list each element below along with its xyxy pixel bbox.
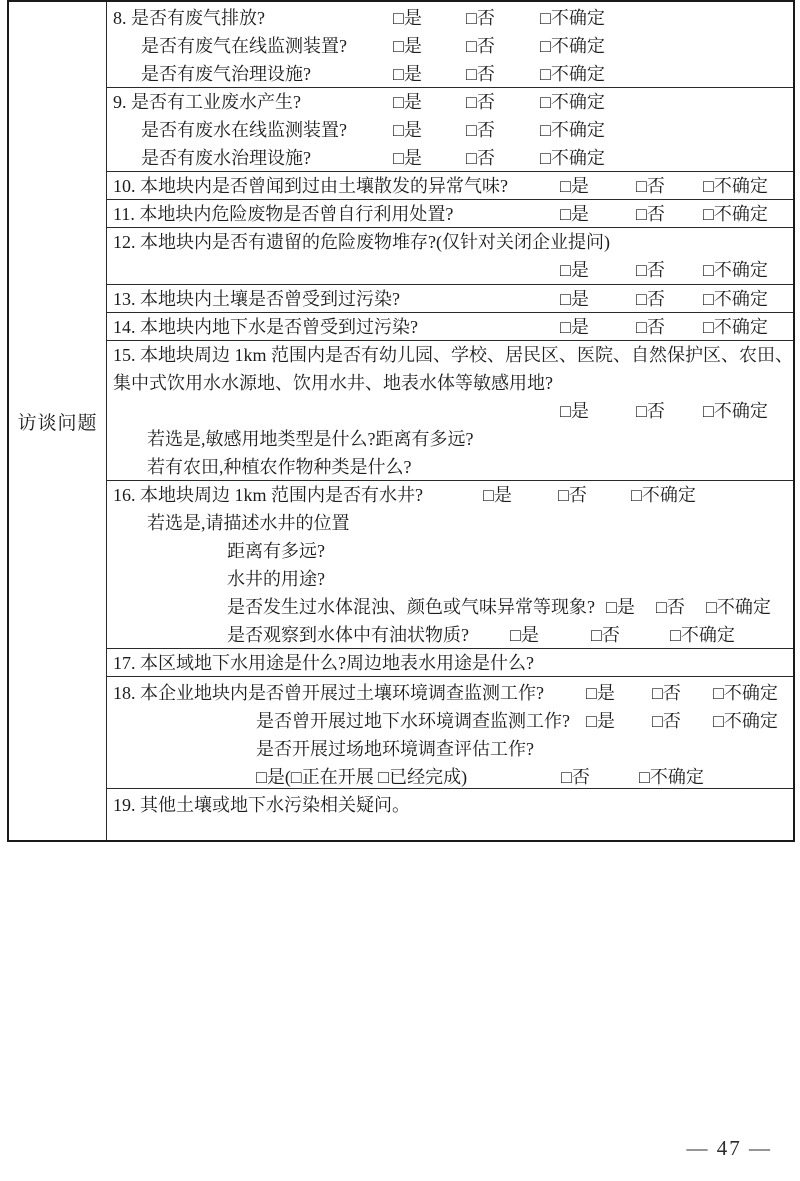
no-checkbox[interactable]: □否 (591, 621, 620, 649)
no-checkbox[interactable]: □否 (656, 593, 685, 621)
not-sure-checkbox[interactable]: □不确定 (703, 397, 768, 425)
no-checkbox[interactable]: □否 (636, 256, 665, 284)
yes-checkbox-group[interactable]: □是(□正在开展 □已经完成) (256, 767, 467, 787)
interview-questions-table: 访谈问题 8. 是否有废气排放? □是 □否 □不确定 是否有废气在线监测装置?… (7, 0, 795, 842)
no-checkbox[interactable]: □否 (466, 4, 495, 32)
question-text: 10. 本地块内是否曾闻到过由土壤散发的异常气味? (113, 176, 508, 196)
yes-checkbox[interactable]: □是 (560, 313, 589, 341)
not-sure-checkbox[interactable]: □不确定 (703, 256, 768, 284)
yes-checkbox[interactable]: □是 (560, 397, 589, 425)
not-sure-checkbox[interactable]: □不确定 (540, 60, 605, 88)
question-text: 15. 本地块周边 1km 范围内是否有幼儿园、学校、居民区、医院、自然保护区、… (113, 345, 793, 365)
no-checkbox[interactable]: □否 (636, 285, 665, 313)
yes-checkbox[interactable]: □是 (510, 621, 539, 649)
not-sure-checkbox[interactable]: □不确定 (540, 32, 605, 60)
question-line: 若选是,请描述水井的位置 (113, 509, 793, 537)
no-checkbox[interactable]: □否 (466, 116, 495, 144)
question-line: 集中式饮用水水源地、饮用水井、地表水体等敏感用地? (113, 369, 793, 397)
question-row-8: 8. 是否有废气排放? □是 □否 □不确定 是否有废气在线监测装置? □是 □… (107, 2, 793, 88)
question-row-14: 14. 本地块内地下水是否曾受到过污染? □是 □否 □不确定 (107, 313, 793, 341)
question-row-9: 9. 是否有工业废水产生? □是 □否 □不确定 是否有废水在线监测装置? □是… (107, 88, 793, 172)
yes-checkbox[interactable]: □是 (560, 285, 589, 313)
not-sure-checkbox[interactable]: □不确定 (703, 172, 768, 200)
question-text: 若选是,敏感用地类型是什么?距离有多远? (147, 429, 473, 449)
yes-checkbox[interactable]: □是 (586, 679, 615, 707)
question-text: 是否曾开展过地下水环境调查监测工作? (256, 711, 570, 731)
no-checkbox[interactable]: □否 (636, 313, 665, 341)
question-line: 是否观察到水体中有油状物质? □是 □否 □不确定 (113, 621, 793, 649)
question-line: 距离有多远? (113, 537, 793, 565)
question-text: 11. 本地块内危险废物是否曾自行利用处置? (113, 204, 453, 224)
question-line: 17. 本区域地下水用途是什么?周边地表水用途是什么? (113, 649, 793, 677)
question-line: □是(□正在开展 □已经完成) □否 □不确定 (113, 763, 793, 789)
question-text: 距离有多远? (227, 541, 325, 561)
question-row-12: 12. 本地块内是否有遗留的危险废物堆存?(仅针对关闭企业提问) □是 □否 □… (107, 228, 793, 285)
question-line: □是 □否 □不确定 (113, 256, 793, 284)
question-line: 是否曾开展过地下水环境调查监测工作? □是 □否 □不确定 (113, 707, 793, 735)
document-page: 访谈问题 8. 是否有废气排放? □是 □否 □不确定 是否有废气在线监测装置?… (0, 0, 800, 1181)
no-checkbox[interactable]: □否 (636, 397, 665, 425)
question-text: 18. 本企业地块内是否曾开展过土壤环境调查监测工作? (113, 683, 544, 703)
question-line: 若有农田,种植农作物种类是什么? (113, 453, 793, 481)
question-text: 8. 是否有废气排放? (113, 8, 265, 28)
yes-checkbox[interactable]: □是 (586, 707, 615, 735)
yes-checkbox[interactable]: □是 (606, 593, 635, 621)
question-line: 16. 本地块周边 1km 范围内是否有水井? □是 □否 □不确定 (113, 481, 793, 509)
question-line: 是否发生过水体混浊、颜色或气味异常等现象? □是 □否 □不确定 (113, 593, 793, 621)
not-sure-checkbox[interactable]: □不确定 (703, 200, 768, 228)
not-sure-checkbox[interactable]: □不确定 (540, 4, 605, 32)
question-row-10: 10. 本地块内是否曾闻到过由土壤散发的异常气味? □是 □否 □不确定 (107, 172, 793, 200)
no-checkbox[interactable]: □否 (466, 60, 495, 88)
page-number: — 47 — (687, 1136, 773, 1161)
yes-checkbox[interactable]: □是 (393, 116, 422, 144)
question-line: 是否有废水治理设施? □是 □否 □不确定 (113, 144, 793, 172)
yes-checkbox[interactable]: □是 (393, 88, 422, 116)
question-row-16: 16. 本地块周边 1km 范围内是否有水井? □是 □否 □不确定 若选是,请… (107, 481, 793, 649)
no-checkbox[interactable]: □否 (558, 481, 587, 509)
question-text: 是否有废气在线监测装置? (141, 36, 347, 56)
yes-checkbox[interactable]: □是 (560, 200, 589, 228)
question-text: 13. 本地块内土壤是否曾受到过污染? (113, 289, 400, 309)
question-text: 14. 本地块内地下水是否曾受到过污染? (113, 317, 418, 337)
yes-checkbox[interactable]: □是 (483, 481, 512, 509)
not-sure-checkbox[interactable]: □不确定 (713, 707, 778, 735)
yes-checkbox[interactable]: □是 (560, 256, 589, 284)
no-checkbox[interactable]: □否 (652, 707, 681, 735)
no-checkbox[interactable]: □否 (652, 679, 681, 707)
row-header-cell: 访谈问题 (9, 2, 107, 840)
question-text: 19. 其他土壤或地下水污染相关疑问。 (113, 795, 410, 815)
question-line: 8. 是否有废气排放? □是 □否 □不确定 (113, 4, 793, 32)
no-checkbox[interactable]: □否 (466, 32, 495, 60)
question-line: 15. 本地块周边 1km 范围内是否有幼儿园、学校、居民区、医院、自然保护区、… (113, 341, 793, 369)
question-text: 17. 本区域地下水用途是什么?周边地表水用途是什么? (113, 653, 534, 673)
question-text: 若选是,请描述水井的位置 (147, 513, 350, 533)
question-line: 12. 本地块内是否有遗留的危险废物堆存?(仅针对关闭企业提问) (113, 228, 793, 256)
question-line: 11. 本地块内危险废物是否曾自行利用处置? □是 □否 □不确定 (113, 200, 793, 228)
yes-checkbox[interactable]: □是 (393, 144, 422, 172)
not-sure-checkbox[interactable]: □不确定 (631, 481, 696, 509)
question-text: 9. 是否有工业废水产生? (113, 92, 301, 112)
question-text: 是否开展过场地环境调查评估工作? (256, 739, 534, 759)
question-row-13: 13. 本地块内土壤是否曾受到过污染? □是 □否 □不确定 (107, 285, 793, 313)
question-row-15: 15. 本地块周边 1km 范围内是否有幼儿园、学校、居民区、医院、自然保护区、… (107, 341, 793, 481)
question-text: 是否有废气治理设施? (141, 64, 311, 84)
question-line: □是 □否 □不确定 (113, 397, 793, 425)
yes-checkbox[interactable]: □是 (393, 60, 422, 88)
not-sure-checkbox[interactable]: □不确定 (540, 88, 605, 116)
question-text: 若有农田,种植农作物种类是什么? (147, 457, 412, 477)
question-line: 18. 本企业地块内是否曾开展过土壤环境调查监测工作? □是 □否 □不确定 (113, 679, 793, 707)
yes-checkbox[interactable]: □是 (393, 32, 422, 60)
question-row-18: 18. 本企业地块内是否曾开展过土壤环境调查监测工作? □是 □否 □不确定 是… (107, 677, 793, 789)
row-header-label: 访谈问题 (17, 408, 97, 435)
question-row-19: 19. 其他土壤或地下水污染相关疑问。 (107, 789, 793, 840)
not-sure-checkbox[interactable]: □不确定 (540, 144, 605, 172)
question-line: 10. 本地块内是否曾闻到过由土壤散发的异常气味? □是 □否 □不确定 (113, 172, 793, 200)
question-text: 是否有废水治理设施? (141, 148, 311, 168)
no-checkbox[interactable]: □否 (636, 200, 665, 228)
not-sure-checkbox[interactable]: □不确定 (639, 763, 704, 789)
no-checkbox[interactable]: □否 (636, 172, 665, 200)
question-line: 是否有废水在线监测装置? □是 □否 □不确定 (113, 116, 793, 144)
not-sure-checkbox[interactable]: □不确定 (713, 679, 778, 707)
question-line: 14. 本地块内地下水是否曾受到过污染? □是 □否 □不确定 (113, 313, 793, 341)
no-checkbox[interactable]: □否 (466, 144, 495, 172)
questions-column: 8. 是否有废气排放? □是 □否 □不确定 是否有废气在线监测装置? □是 □… (107, 2, 793, 840)
question-line: 19. 其他土壤或地下水污染相关疑问。 (113, 791, 793, 819)
question-line: 若选是,敏感用地类型是什么?距离有多远? (113, 425, 793, 453)
question-text: 集中式饮用水水源地、饮用水井、地表水体等敏感用地? (113, 373, 553, 393)
question-line: 13. 本地块内土壤是否曾受到过污染? □是 □否 □不确定 (113, 285, 793, 313)
question-line: 是否有废气治理设施? □是 □否 □不确定 (113, 60, 793, 88)
question-line: 是否开展过场地环境调查评估工作? (113, 735, 793, 763)
question-row-17: 17. 本区域地下水用途是什么?周边地表水用途是什么? (107, 649, 793, 677)
not-sure-checkbox[interactable]: □不确定 (703, 285, 768, 313)
question-text: 是否观察到水体中有油状物质? (227, 625, 469, 645)
question-text: 是否发生过水体混浊、颜色或气味异常等现象? (227, 597, 595, 617)
not-sure-checkbox[interactable]: □不确定 (670, 621, 735, 649)
question-row-11: 11. 本地块内危险废物是否曾自行利用处置? □是 □否 □不确定 (107, 200, 793, 228)
not-sure-checkbox[interactable]: □不确定 (703, 313, 768, 341)
no-checkbox[interactable]: □否 (466, 88, 495, 116)
question-text: 12. 本地块内是否有遗留的危险废物堆存?(仅针对关闭企业提问) (113, 232, 610, 252)
not-sure-checkbox[interactable]: □不确定 (706, 593, 771, 621)
question-text: 16. 本地块周边 1km 范围内是否有水井? (113, 485, 423, 505)
question-text: 水井的用途? (227, 569, 325, 589)
question-line: 是否有废气在线监测装置? □是 □否 □不确定 (113, 32, 793, 60)
not-sure-checkbox[interactable]: □不确定 (540, 116, 605, 144)
yes-checkbox[interactable]: □是 (393, 4, 422, 32)
question-text: 是否有废水在线监测装置? (141, 120, 347, 140)
yes-checkbox[interactable]: □是 (560, 172, 589, 200)
no-checkbox[interactable]: □否 (561, 763, 590, 789)
question-line: 水井的用途? (113, 565, 793, 593)
question-line: 9. 是否有工业废水产生? □是 □否 □不确定 (113, 88, 793, 116)
